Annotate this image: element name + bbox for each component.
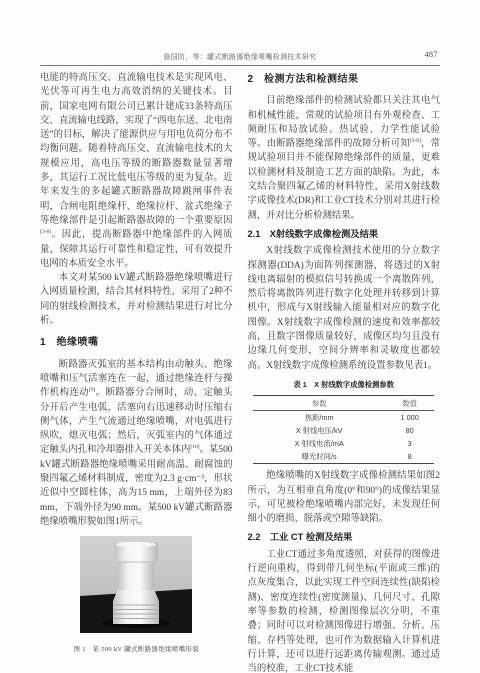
table-row: 焦距/mm 1 000	[253, 411, 434, 425]
paragraph-scope: 本文对某500 kV罐式断路器绝缘喷嘴进行入网质量检测，结合其材料特性，采用了2…	[40, 271, 233, 328]
param-value: 8	[385, 450, 434, 464]
figure-1: 图 1 某 500 kV 罐式断路器绝缘喷嘴形貌	[40, 536, 233, 657]
nozzle-neck	[118, 560, 154, 590]
header-rule	[40, 65, 440, 66]
param-name: 焦距/mm	[253, 411, 385, 425]
table-row: 曝光时间/s 8	[253, 450, 434, 464]
nozzle-flare	[113, 589, 159, 601]
page-number: 487	[425, 50, 439, 59]
page-header: 骆国防，等：罐式断路器绝缘喷嘴检测技术研究 487	[40, 51, 440, 63]
table-row: X 射线电压/kV 80	[253, 424, 434, 437]
right-column: 2 检测方法和检测结果 目前绝缘部件的检测试验都只关注其电气和机械性能，常规的试…	[248, 71, 441, 673]
paragraph-dr-method: X射线数字成像检测技术使用的分立数字探测器(DDA)为面阵列探测器，将透过的X射…	[248, 244, 441, 373]
paragraph-test-overview: 目前绝缘部件的检测试验都只关注其电气和机械性能，常规的试验项目有外观检查、工频耐…	[248, 94, 441, 223]
param-value: 3	[385, 437, 434, 450]
section-heading-2-1: 2.1 X射线数字成像检测及结果	[248, 227, 441, 241]
column-header-value: 数值	[385, 396, 434, 411]
nozzle-base	[113, 601, 159, 624]
table-row: X 射线电流/mA 3	[253, 437, 434, 450]
two-column-body: 电能的特高压交、直流输电技术是实现风电、光伏等可再生电力高效消纳的关键技术。目前…	[40, 71, 440, 673]
section-heading-2: 2 检测方法和检测结果	[248, 73, 441, 87]
paper-page: 骆国防，等：罐式断路器绝缘喷嘴检测技术研究 487 电能的特高压交、直流输电技术…	[0, 0, 480, 673]
param-name: 曝光时间/s	[253, 450, 385, 464]
table-1-caption: 表 1 X 射线数字成像检测参数	[248, 378, 441, 392]
nozzle-cap-highlight	[116, 542, 156, 547]
left-column: 电能的特高压交、直流输电技术是实现风电、光伏等可再生电力高效消纳的关键技术。目前…	[40, 71, 233, 673]
param-name: X 射线电流/mA	[253, 437, 385, 450]
param-name: X 射线电压/kV	[253, 424, 385, 437]
column-header-parameter: 参数	[253, 396, 385, 411]
param-value: 80	[385, 424, 434, 437]
paragraph-ct-method: 工业CT通过多角度透照，对获得的图像进行逆向重构，得到带几何坐标(平面或三维)的…	[248, 548, 441, 673]
table-header-row: 参数 数值	[253, 396, 434, 411]
running-title: 骆国防，等：罐式断路器绝缘喷嘴检测技术研究	[163, 54, 316, 61]
nozzle-photo	[80, 536, 192, 633]
paragraph-intro-continuation: 电能的特高压交、直流输电技术是实现风电、光伏等可再生电力高效消纳的关键技术。目前…	[40, 71, 233, 271]
paragraph-nozzle-structure: 断路器灭弧室的基本结构由动触头、绝缘喷嘴和压气活塞连在一起，通过绝缘连杆与操作机…	[40, 358, 233, 530]
section-heading-2-2: 2.2 工业 CT 检测及结果	[248, 530, 441, 544]
section-heading-1: 1 绝缘喷嘴	[40, 336, 233, 350]
figure-1-caption: 图 1 某 500 kV 罐式断路器绝缘喷嘴形貌	[40, 643, 233, 657]
table-1: 参数 数值 焦距/mm 1 000 X 射线电压/kV 80 X 射线电流/mA	[253, 395, 434, 464]
paragraph-dr-result: 绝缘喷嘴的X射线数字成像检测结果如图2所示，为互相垂直角度(0°和90°)的成像…	[248, 469, 441, 526]
param-value: 1 000	[385, 411, 434, 425]
